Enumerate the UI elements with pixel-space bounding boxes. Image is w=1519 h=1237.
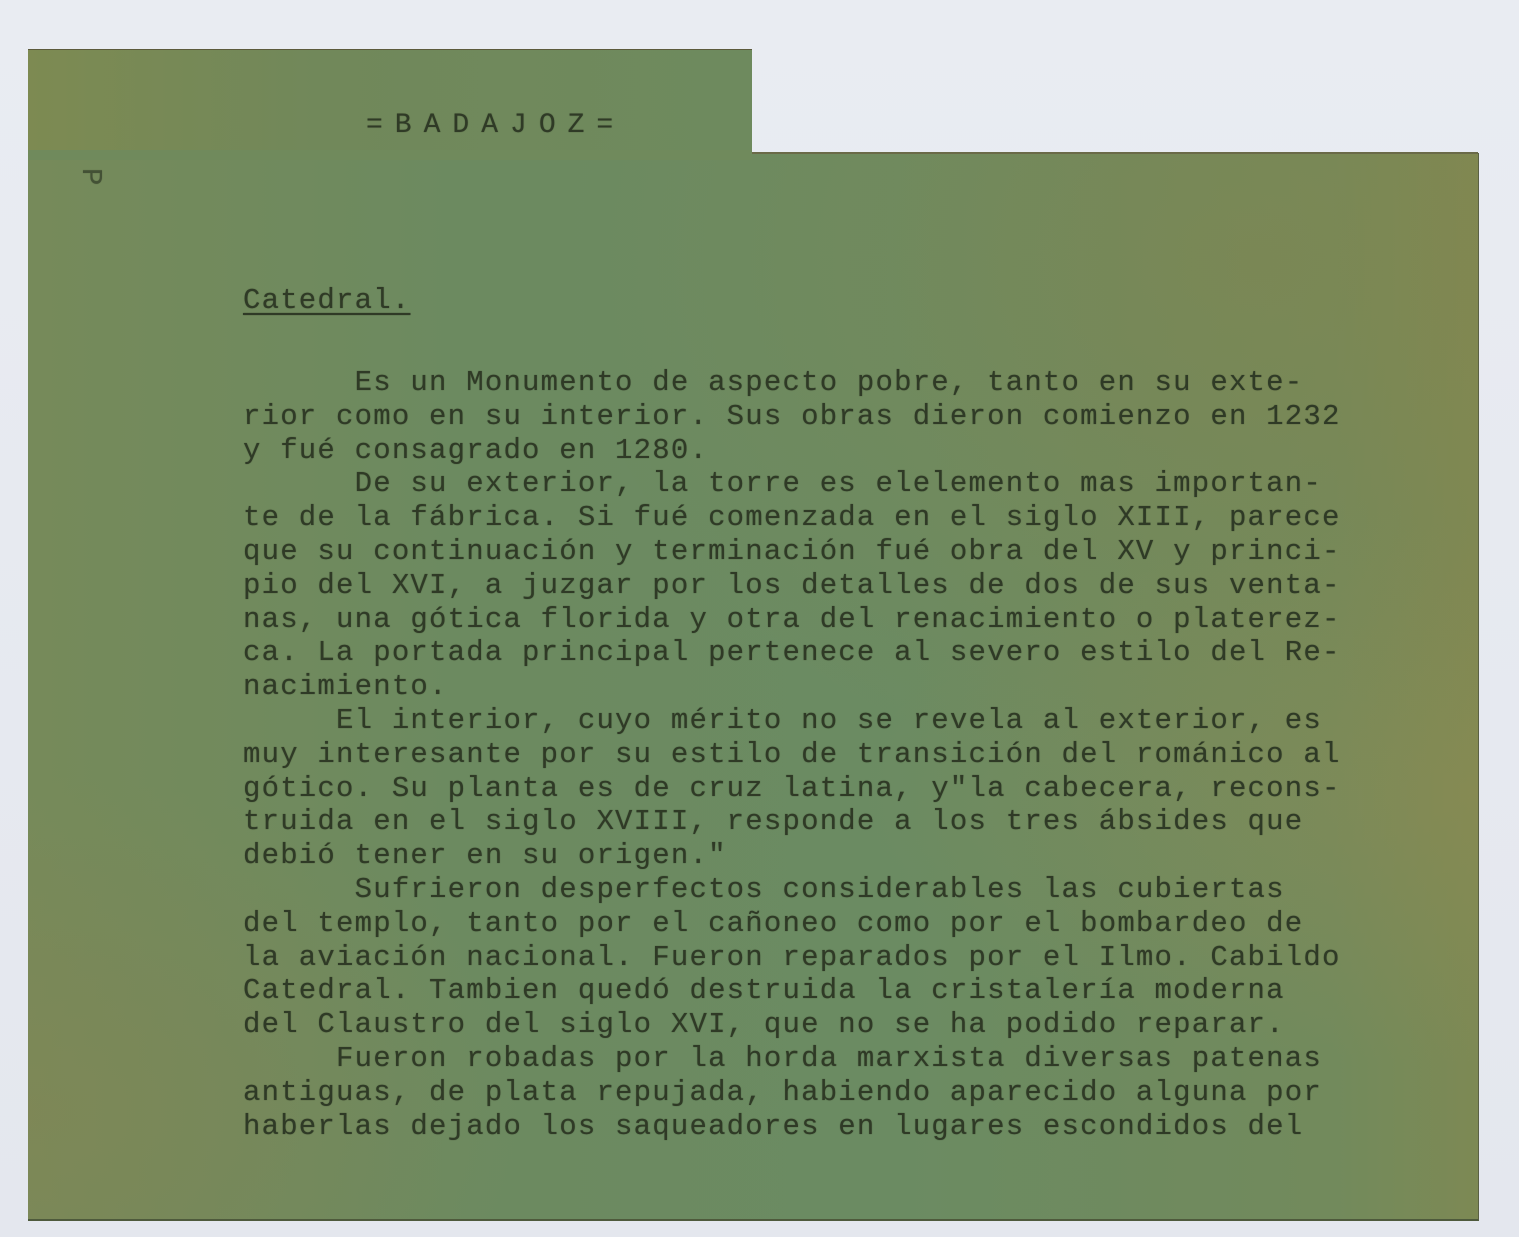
body-text: Es un Monumento de aspecto pobre, tanto …: [243, 366, 1483, 1143]
text-line: truida en el siglo XVIII, responde a los…: [243, 805, 1483, 839]
text-line: Es un Monumento de aspecto pobre, tanto …: [243, 366, 1483, 400]
text-line: del Claustro del siglo XVI, que no se ha…: [243, 1008, 1483, 1042]
text-line: antiguas, de plata repujada, habiendo ap…: [243, 1076, 1483, 1110]
text-line: nas, una gótica florida y otra del renac…: [243, 603, 1483, 637]
text-line: la aviación nacional. Fueron reparados p…: [243, 941, 1483, 975]
text-line: rior como en su interior. Sus obras dier…: [243, 400, 1483, 434]
scanned-page: P =BADAJOZ= Catedral. Es un Monumento de…: [0, 0, 1519, 1237]
text-line: y fué consagrado en 1280.: [243, 434, 1483, 468]
text-line: debió tener en su origen.": [243, 839, 1483, 873]
text-line: gótico. Su planta es de cruz latina, y"l…: [243, 772, 1483, 806]
margin-mark: P: [40, 168, 100, 192]
text-line: nacimiento.: [243, 670, 1483, 704]
text-line: que su continuación y terminación fué ob…: [243, 535, 1483, 569]
text-line: Fueron robadas por la horda marxista div…: [243, 1042, 1483, 1076]
text-line: pio del XVI, a juzgar por los detalles d…: [243, 569, 1483, 603]
paper-tab-joint: [28, 150, 752, 160]
text-line: Sufrieron desperfectos considerables las…: [243, 873, 1483, 907]
text-line: haberlas dejado los saqueadores en lugar…: [243, 1110, 1483, 1144]
text-line: El interior, cuyo mérito no se revela al…: [243, 704, 1483, 738]
text-line: muy interesante por su estilo de transic…: [243, 738, 1483, 772]
text-line: te de la fábrica. Si fué comenzada en el…: [243, 501, 1483, 535]
section-heading: Catedral.: [243, 284, 410, 317]
text-line: De su exterior, la torre es elelemento m…: [243, 467, 1483, 501]
paper-top-edge: [752, 152, 1478, 154]
document-title: =BADAJOZ=: [366, 110, 625, 141]
text-line: ca. La portada principal pertenece al se…: [243, 636, 1483, 670]
text-line: Catedral. Tambien quedó destruida la cri…: [243, 974, 1483, 1008]
text-line: del templo, tanto por el cañoneo como po…: [243, 907, 1483, 941]
